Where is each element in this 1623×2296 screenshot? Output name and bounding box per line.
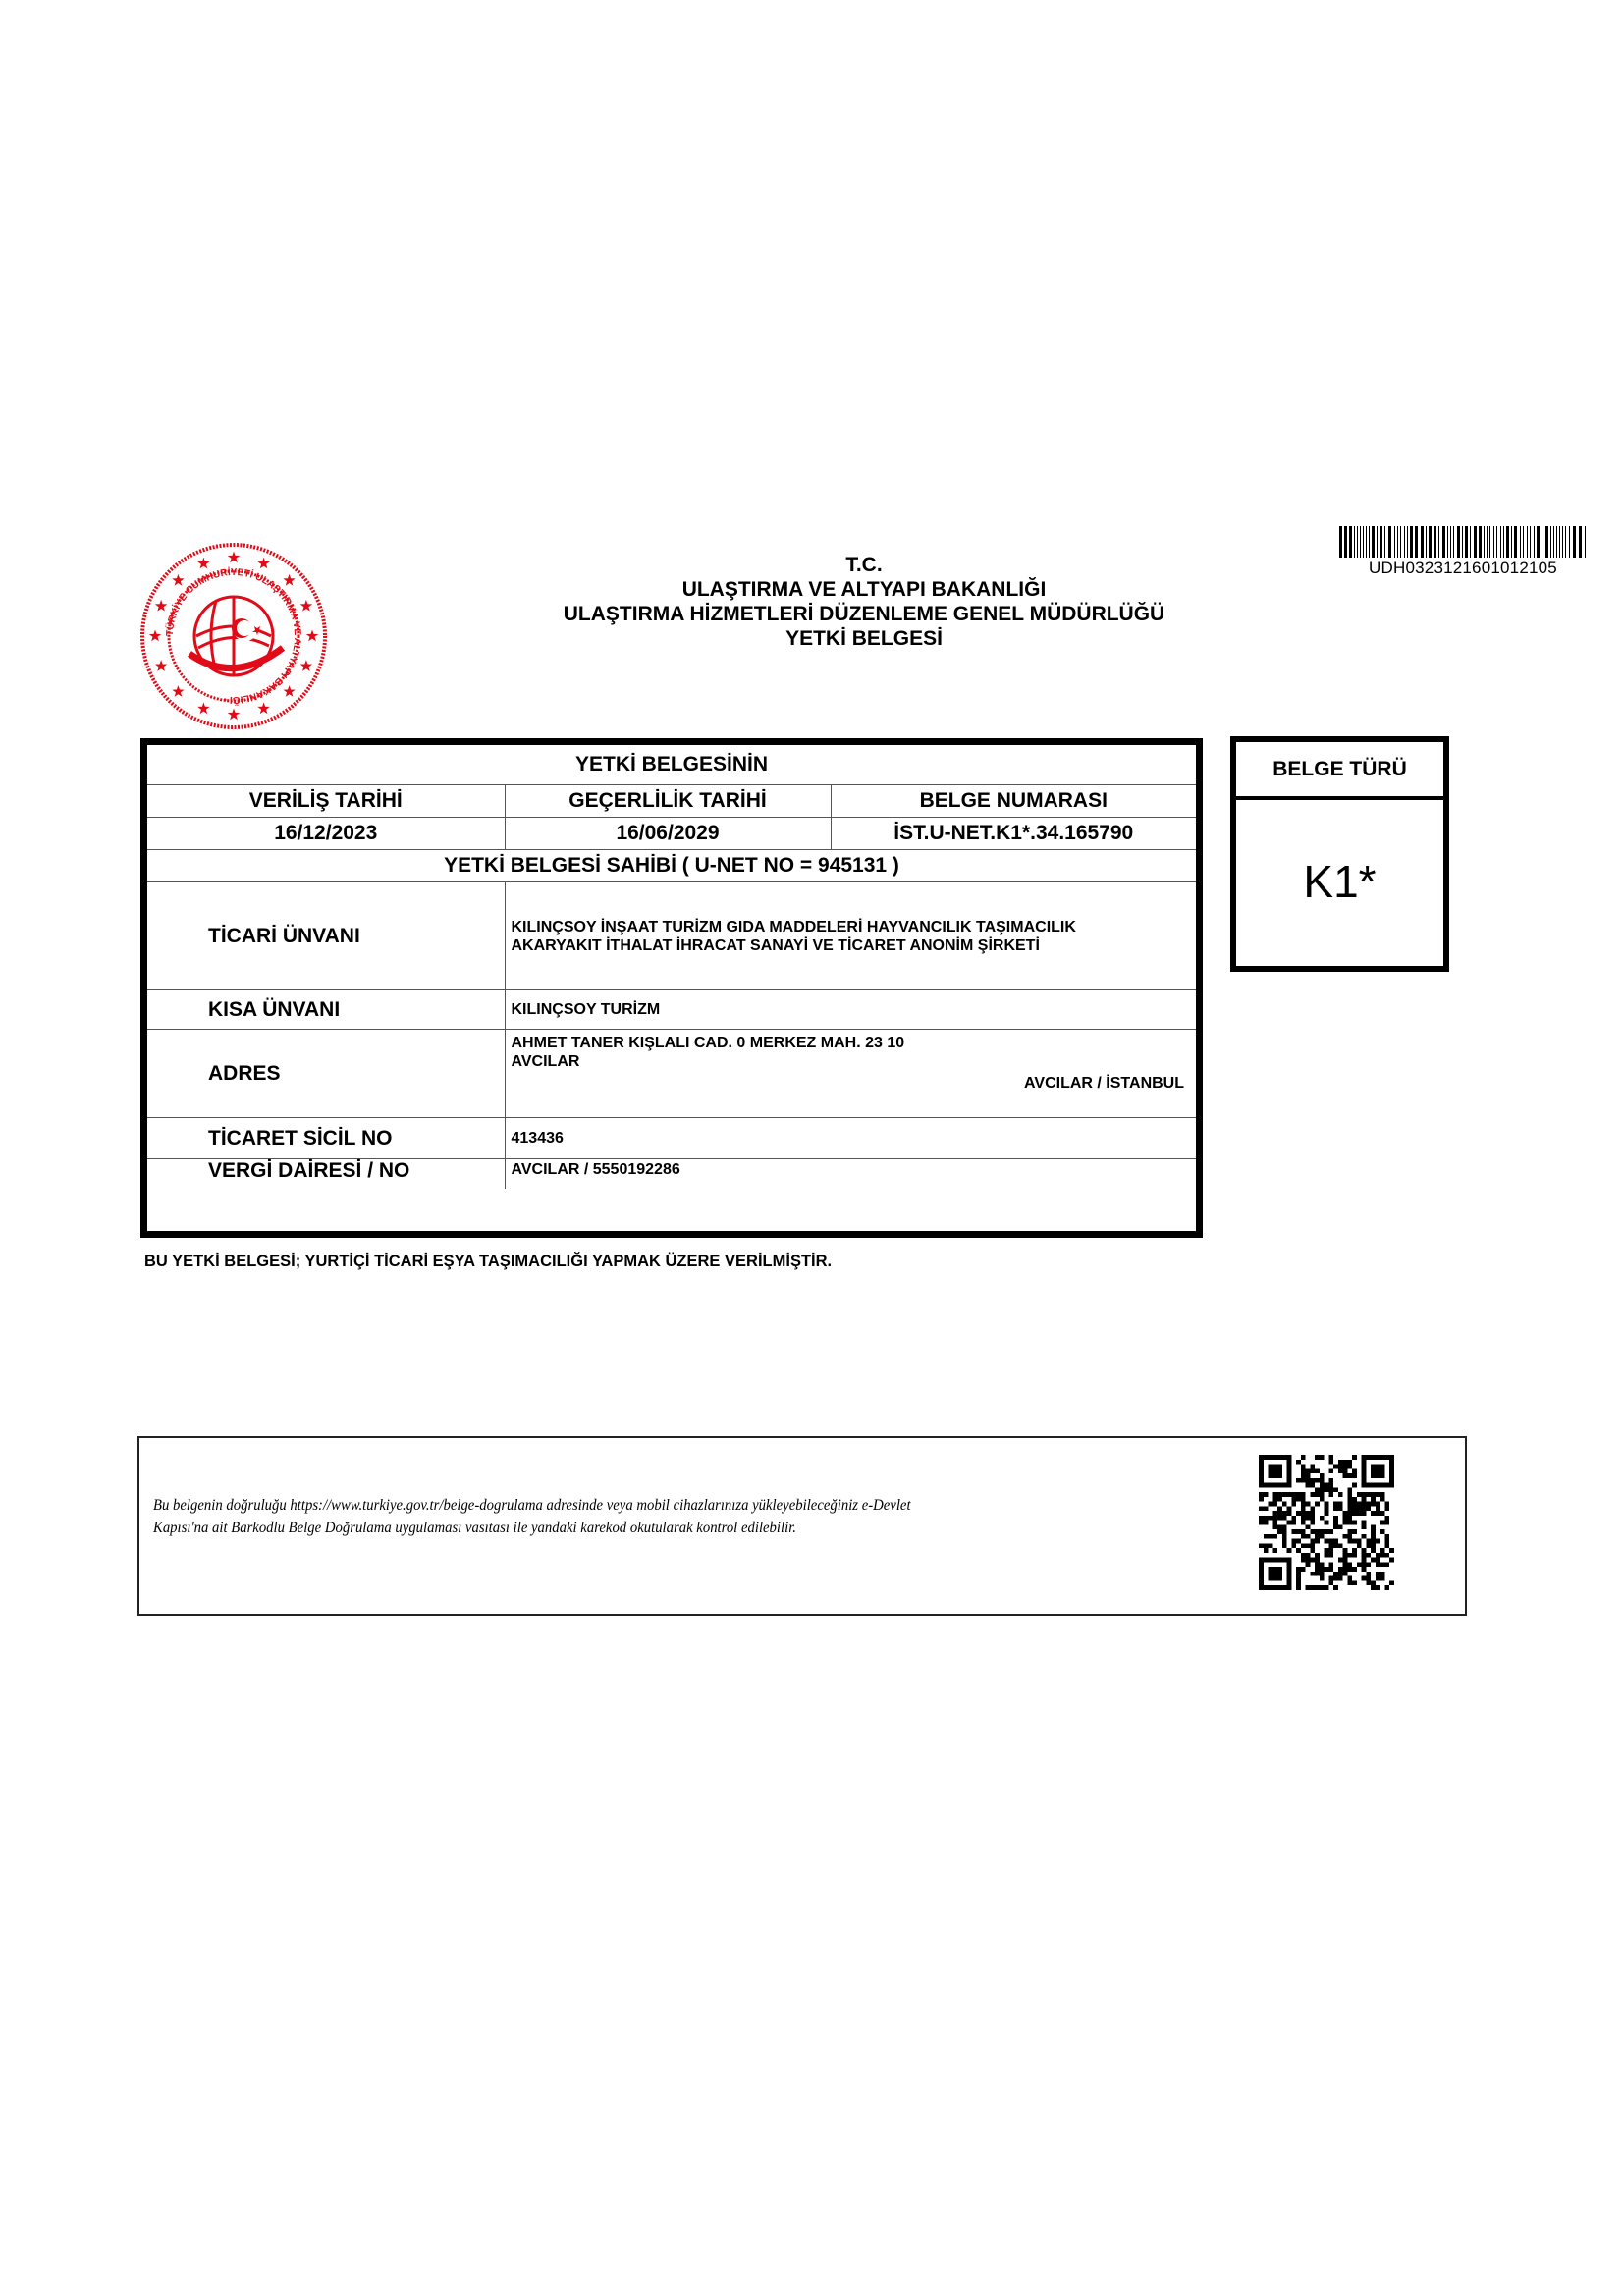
authorization-note: BU YETKİ BELGESİ; YURTİÇİ TİCARİ EŞYA TA… bbox=[144, 1253, 832, 1271]
qr-code-icon[interactable] bbox=[1259, 1455, 1394, 1590]
column-header-document-number: BELGE NUMARASI bbox=[831, 785, 1196, 818]
header-document-title: YETKİ BELGESİ bbox=[471, 626, 1257, 651]
header-tc: T.C. bbox=[471, 553, 1257, 577]
tax-office-number: AVCILAR / 5550192286 bbox=[505, 1159, 1196, 1190]
certificate-table: YETKİ BELGESİNİN VERİLİŞ TARİHİ GEÇERLİL… bbox=[140, 738, 1203, 1238]
column-header-issue-date: VERİLİŞ TARİHİ bbox=[147, 785, 505, 818]
holder-title: YETKİ BELGESİ SAHİBİ ( U-NET NO = 945131… bbox=[147, 850, 1196, 882]
issue-date: 16/12/2023 bbox=[147, 818, 505, 850]
short-name: KILINÇSOY TURİZM bbox=[505, 990, 1196, 1030]
validity-date: 16/06/2029 bbox=[505, 818, 831, 850]
barcode-icon bbox=[1335, 526, 1591, 558]
document-type-title: BELGE TÜRÜ bbox=[1236, 742, 1443, 800]
verification-line-1: Bu belgenin doğruluğu https://www.turkiy… bbox=[153, 1494, 1192, 1517]
address-city: AVCILAR / İSTANBUL bbox=[512, 1074, 1185, 1093]
verification-line-2: Kapısı'na ait Barkodlu Belge Doğrulama u… bbox=[153, 1517, 1192, 1539]
barcode-number: UDH0323121601012105 bbox=[1335, 559, 1591, 578]
section-title: YETKİ BELGESİNİN bbox=[147, 745, 1196, 785]
label-trade-registry: TİCARET SİCİL NO bbox=[147, 1118, 505, 1159]
document-type-box: BELGE TÜRÜ K1* bbox=[1230, 736, 1449, 972]
document-number: İST.U-NET.K1*.34.165790 bbox=[831, 818, 1196, 850]
document-header: T.C. ULAŞTIRMA VE ALTYAPI BAKANLIĞI ULAŞ… bbox=[471, 553, 1257, 651]
label-trade-name: TİCARİ ÜNVANI bbox=[147, 882, 505, 990]
address: AHMET TANER KIŞLALI CAD. 0 MERKEZ MAH. 2… bbox=[505, 1030, 1196, 1118]
header-directorate: ULAŞTIRMA HİZMETLERİ DÜZENLEME GENEL MÜD… bbox=[471, 602, 1257, 626]
label-short-name: KISA ÜNVANI bbox=[147, 990, 505, 1030]
label-address: ADRES bbox=[147, 1030, 505, 1118]
ministry-seal-icon: TÜRKİYE CUMHURİYETİ ULAŞTIRMA VE ALTYAPI… bbox=[135, 538, 332, 734]
trade-registry-number: 413436 bbox=[505, 1118, 1196, 1159]
trade-name: KILINÇSOY İNŞAAT TURİZM GIDA MADDELERİ H… bbox=[505, 882, 1196, 990]
header-ministry: ULAŞTIRMA VE ALTYAPI BAKANLIĞI bbox=[471, 577, 1257, 602]
barcode: UDH0323121601012105 bbox=[1335, 526, 1591, 578]
label-tax-office: VERGİ DAİRESİ / NO bbox=[147, 1159, 505, 1190]
address-line-2: AVCILAR bbox=[512, 1052, 1185, 1071]
verification-box: Bu belgenin doğruluğu https://www.turkiy… bbox=[137, 1436, 1467, 1616]
address-line-1: AHMET TANER KIŞLALI CAD. 0 MERKEZ MAH. 2… bbox=[512, 1034, 1185, 1052]
column-header-validity-date: GEÇERLİLİK TARİHİ bbox=[505, 785, 831, 818]
verification-text: Bu belgenin doğruluğu https://www.turkiy… bbox=[153, 1494, 1192, 1539]
document-type-value: K1* bbox=[1236, 800, 1443, 962]
